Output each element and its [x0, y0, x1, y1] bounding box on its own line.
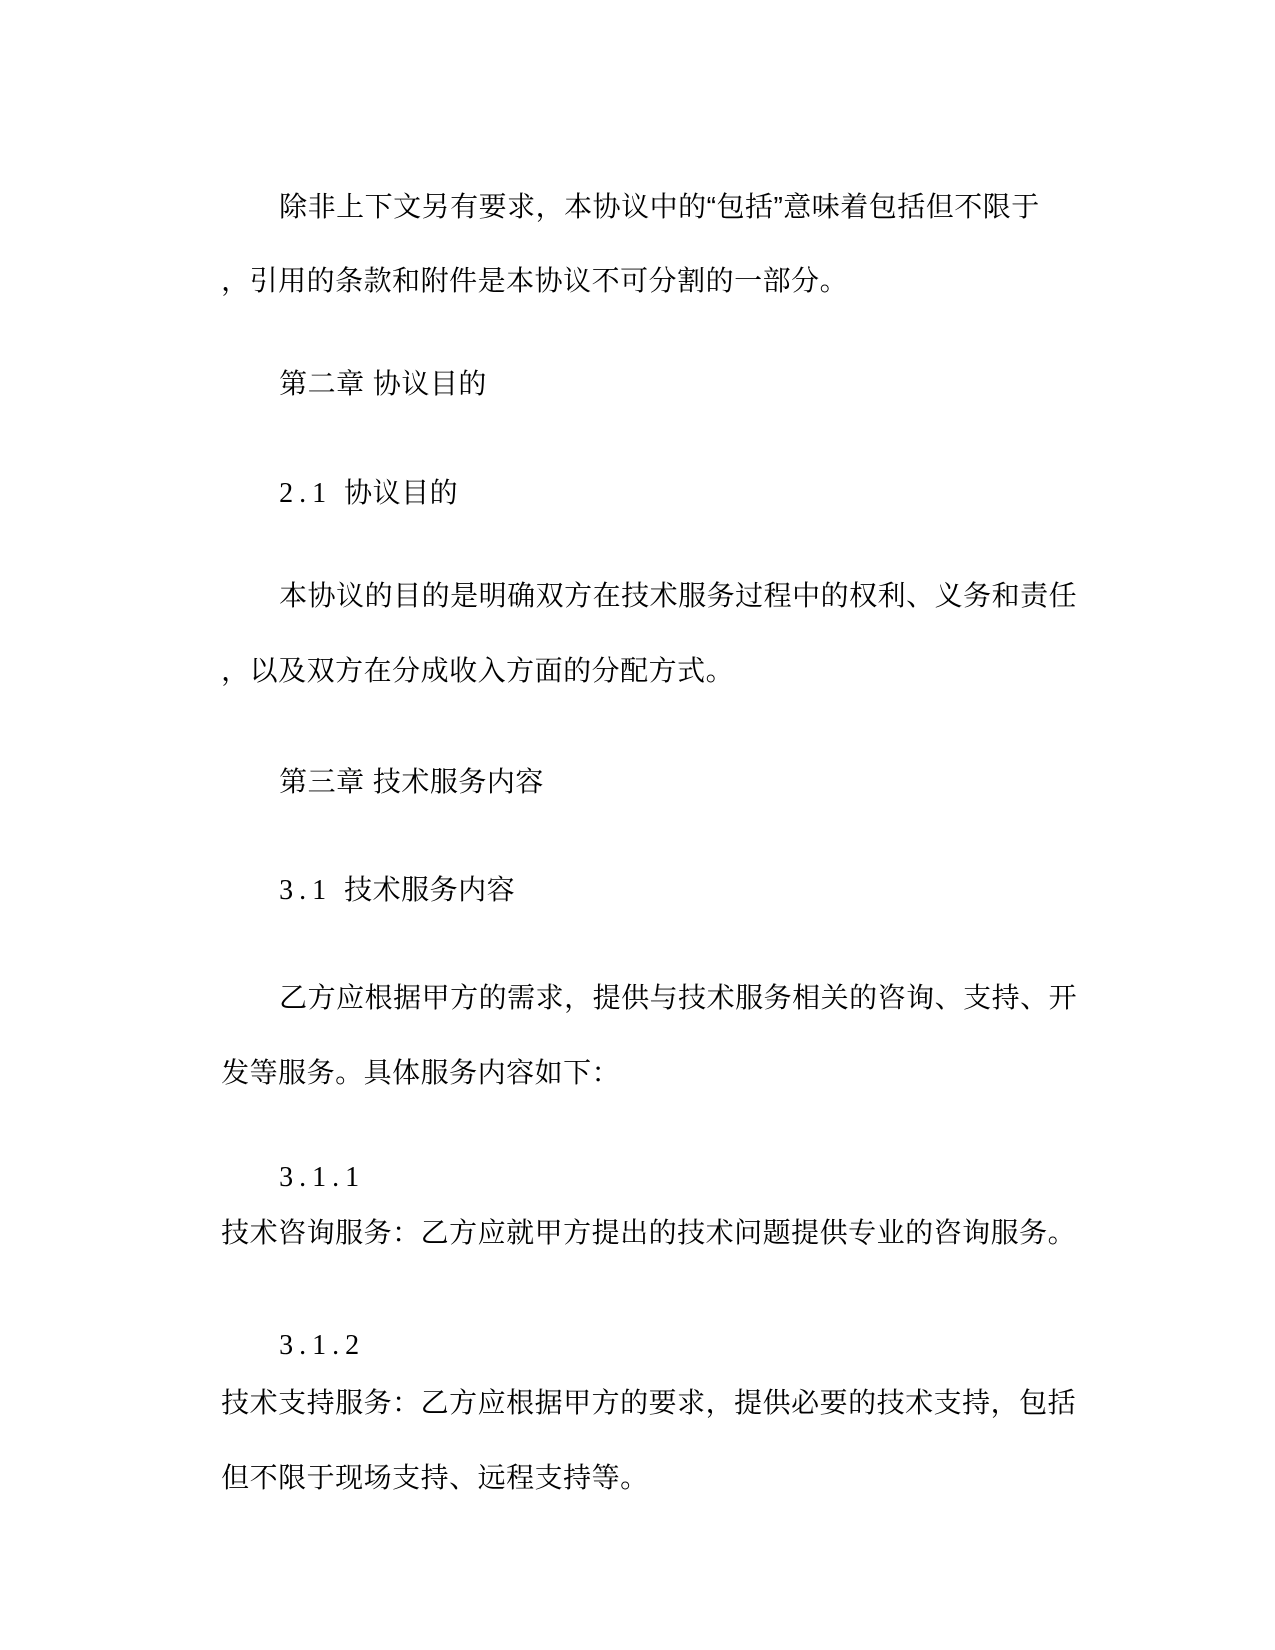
body-line-definitions-2: ，引用的条款和附件是本协议不可分割的一部分。	[188, 236, 848, 326]
section-number: 3.1	[279, 875, 332, 906]
clause-number: 3.1.2	[279, 1330, 365, 1361]
chapter-heading-text: 第二章 协议目的	[279, 368, 487, 399]
section-2-1-heading: 2.1协议目的	[246, 448, 458, 539]
chapter-2-heading: 第二章 协议目的	[246, 339, 487, 429]
chapter-3-heading: 第三章 技术服务内容	[246, 737, 544, 827]
clause-3-1-1-text: 技术咨询服务：乙方应就甲方提出的技术问题提供专业的咨询服务。	[188, 1188, 1076, 1278]
section-number: 2.1	[279, 478, 332, 509]
body-text: 发等服务。具体服务内容如下：	[221, 1057, 620, 1088]
body-text: 乙方应根据甲方的需求，提供与技术服务相关的咨询、支持、开	[279, 982, 1077, 1013]
section-3-1-heading: 3.1技术服务内容	[246, 845, 515, 936]
section-title: 技术服务内容	[344, 874, 515, 905]
section-title: 协议目的	[344, 477, 458, 508]
body-text: ，以及双方在分成收入方面的分配方式。	[221, 655, 734, 686]
body-text: 但不限于现场支持、远程支持等。	[221, 1462, 649, 1493]
chapter-heading-text: 第三章 技术服务内容	[279, 766, 544, 797]
body-text: 除非上下文另有要求，本协议中的“包括”意味着包括但不限于	[279, 191, 1040, 222]
clause-3-1-2-text-2: 但不限于现场支持、远程支持等。	[188, 1433, 649, 1523]
body-text: ，引用的条款和附件是本协议不可分割的一部分。	[221, 265, 848, 296]
body-text: 技术咨询服务：乙方应就甲方提出的技术问题提供专业的咨询服务。	[221, 1217, 1076, 1248]
document-page: 除非上下文另有要求，本协议中的“包括”意味着包括但不限于 ，引用的条款和附件是本…	[0, 0, 1275, 1650]
body-text: 技术支持服务：乙方应根据甲方的要求，提供必要的技术支持，包括	[221, 1387, 1076, 1418]
body-line-services-2: 发等服务。具体服务内容如下：	[188, 1028, 620, 1118]
body-text: 本协议的目的是明确双方在技术服务过程中的权利、义务和责任	[279, 580, 1077, 611]
body-line-purpose-2: ，以及双方在分成收入方面的分配方式。	[188, 626, 734, 716]
